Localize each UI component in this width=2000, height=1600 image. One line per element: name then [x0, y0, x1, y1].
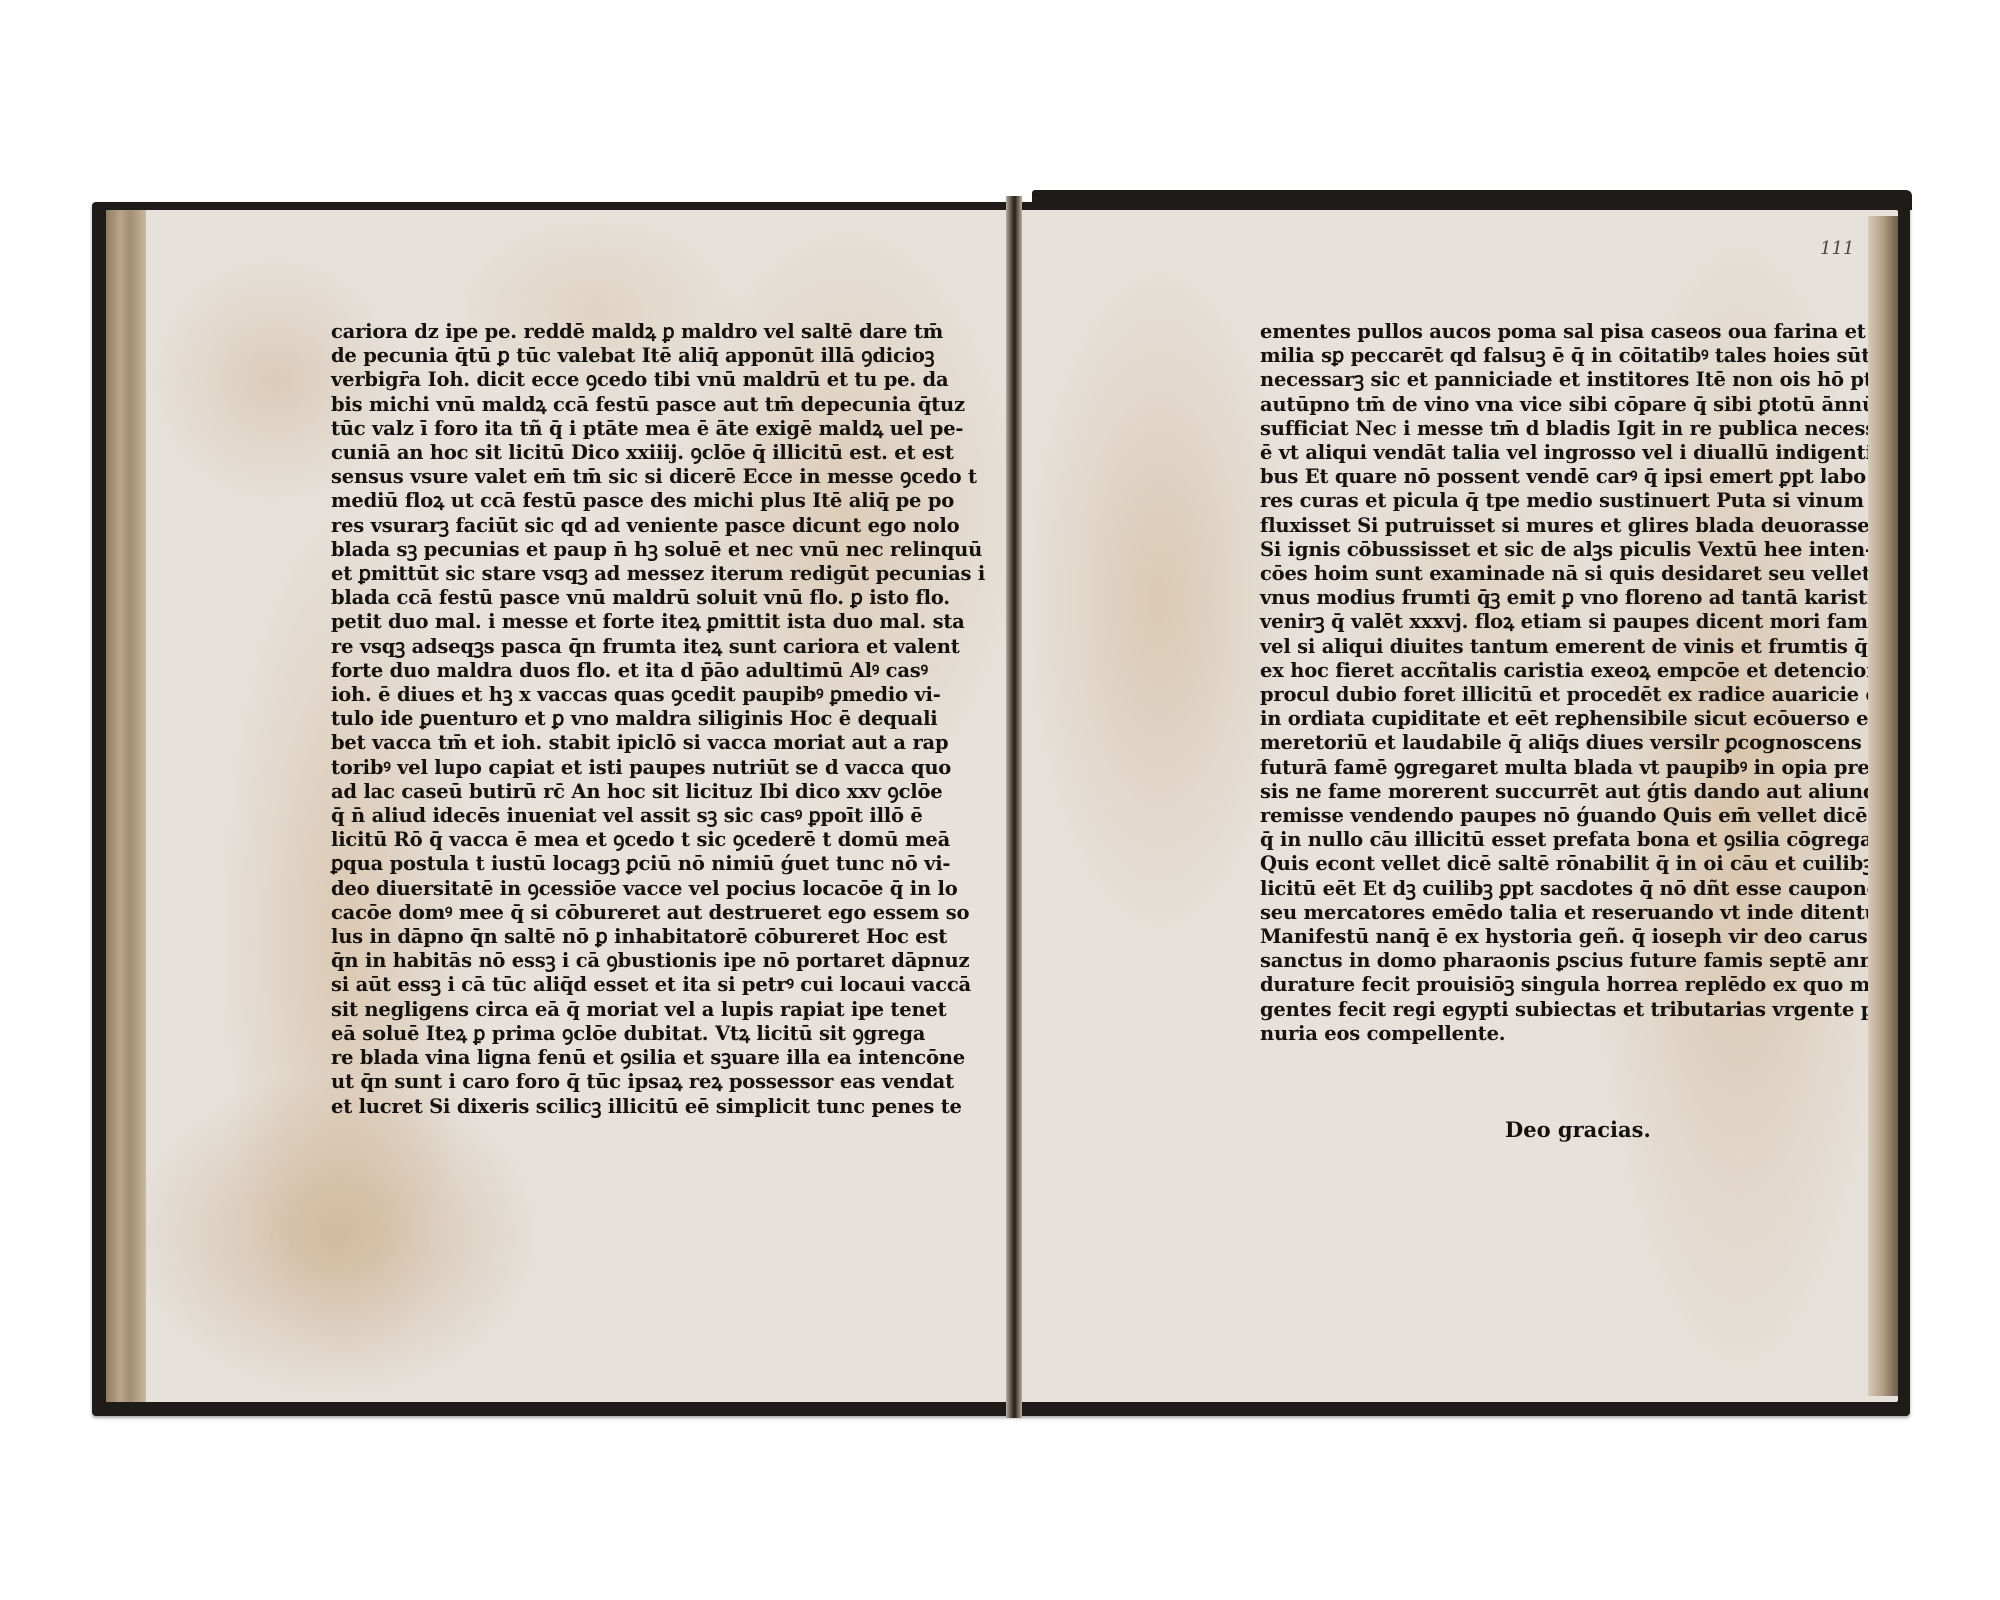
text-line: bis michi vnū maldꝝ ccā festū pasce aut …: [331, 393, 891, 417]
text-line: lus in dāpno q̄n saltē nō ꝑ inhabitatorē…: [331, 925, 891, 949]
text-line: blada ccā festū pasce vnū maldrū soluit …: [331, 586, 891, 610]
text-line: seu mercatores emēdo talia et reseruando…: [1260, 901, 1820, 925]
text-line: eā soluē Iteꝝ ꝑ prima ꝯclōe dubitat. Vtꝝ…: [331, 1022, 891, 1046]
right-page-text: ementes pullos aucos poma sal pisa caseo…: [1260, 320, 1820, 1046]
text-line: venirꝫ q̄ valēt xxxvj. floꝝ etiam si pau…: [1260, 610, 1820, 634]
text-line: blada sꝫ pecunias et paup n̄ hꝫ soluē et…: [331, 538, 891, 562]
text-line: bus Et quare nō possent vendē carꝰ q̄ ip…: [1260, 465, 1820, 489]
text-line: deo diuersitatē in ꝯcessiōe vacce vel po…: [331, 877, 891, 901]
text-line: remisse vendendo paupes nō ǵuando Quis e…: [1260, 804, 1820, 828]
text-line: Quis econt vellet dicē saltē rōnabilit q…: [1260, 852, 1820, 876]
text-line: sit negligens circa eā q̄ moriat vel a l…: [331, 998, 891, 1022]
text-line: cariora dz ipe pe. reddē maldꝝ ꝑ maldro …: [331, 320, 891, 344]
text-line: q̄n in habitās nō essꝫ i cā ꝯbustionis i…: [331, 949, 891, 973]
binding-top-edge: [1032, 190, 1912, 210]
text-line: ementes pullos aucos poma sal pisa caseo…: [1260, 320, 1820, 344]
text-line: durature fecit prouisiōꝫ singula horrea …: [1260, 973, 1820, 997]
colophon: Deo gracias.: [1505, 1117, 1651, 1142]
text-line: fluxisset Si putruisset si mures et glir…: [1260, 514, 1820, 538]
text-line: ut q̄n sunt i caro foro q̄ tūc ipsaꝝ reꝝ…: [331, 1070, 891, 1094]
text-line: q̄ n̄ aliud idecēs inueniat vel assit sꝫ…: [331, 804, 891, 828]
text-line: in ordiata cupiditate et eēt reꝑhensibil…: [1260, 707, 1820, 731]
text-line: ex hoc fieret accñtalis caristia exeoꝝ e…: [1260, 659, 1820, 683]
open-book: cariora dz ipe pe. reddē maldꝝ ꝑ maldro …: [92, 196, 1912, 1418]
text-line: Si ignis cōbussisset et sic de alꝫs picu…: [1260, 538, 1820, 562]
text-line: nuria eos compellente.: [1260, 1022, 1820, 1046]
text-line: licitū Rō q̄ vacca ē mea et ꝯcedo t sic …: [331, 828, 891, 852]
text-line: vel si aliqui diuites tantum emerent de …: [1260, 635, 1820, 659]
text-line: vnus modius frumti q̄ꝫ emit ꝑ vno floren…: [1260, 586, 1820, 610]
text-line: forte duo maldra duos flo. et ita d p̄āo…: [331, 659, 891, 683]
text-line: sanctus in domo pharaonis ꝑscius future …: [1260, 949, 1820, 973]
text-line: cacōe domꝰ mee q̄ si cōbureret aut destr…: [331, 901, 891, 925]
text-line: milia sꝑ peccarēt qd falsuꝫ ē q̄ in cōit…: [1260, 344, 1820, 368]
text-line: cuniā an hoc sit licitū Dico xxiiij. ꝯcl…: [331, 441, 891, 465]
text-line: ioh. ē diues et hꝫ x vaccas quas ꝯcedit …: [331, 683, 891, 707]
text-line: gentes fecit regi egypti subiectas et tr…: [1260, 998, 1820, 1022]
text-line: q̄ in nullo cāu illicitū esset prefata b…: [1260, 828, 1820, 852]
text-line: res curas et picula q̄ tpe medio sustinu…: [1260, 489, 1820, 513]
right-page: 111 ementes pullos aucos poma sal pisa c…: [1020, 210, 1898, 1402]
text-line: mediū floꝝ ut ccā festū pasce des michi …: [331, 489, 891, 513]
text-line: procul dubio foret illicitū et procedēt …: [1260, 683, 1820, 707]
water-stain: [126, 1070, 546, 1400]
text-line: licitū eēt Et dꝫ cuilibꝫ ꝑpt sacdotes q̄…: [1260, 877, 1820, 901]
text-line: petit duo mal. i messe et forte iteꝝ ꝑmi…: [331, 610, 891, 634]
text-line: tūc valz ī foro ita tñ q̄ i ptāte mea ē …: [331, 417, 891, 441]
text-line: ad lac caseū butirū rc̄ An hoc sit licit…: [331, 780, 891, 804]
text-line: autūpno tm̄ de vino vna vice sibi cōpare…: [1260, 393, 1820, 417]
text-line: toribꝰ vel lupo capiat et isti paupes nu…: [331, 756, 891, 780]
text-line: tulo ide ꝑuenturo et ꝑ vno maldra siligi…: [331, 707, 891, 731]
text-line: ꝑqua postula t iustū locagꝫ ꝑciū nō nimi…: [331, 852, 891, 876]
text-line: ē vt aliqui vendāt talia vel ingrosso ve…: [1260, 441, 1820, 465]
right-page-edges: [1868, 216, 1898, 1396]
text-line: bet vacca tm̄ et ioh. stabit ipiclō si v…: [331, 731, 891, 755]
text-line: cōes hoim sunt examinade nā si quis desi…: [1260, 562, 1820, 586]
folio-number: 111: [1820, 238, 1854, 259]
text-line: verbigr̄a Ioh. dicit ecce ꝯcedo tibi vnū…: [331, 368, 891, 392]
left-page-text: cariora dz ipe pe. reddē maldꝝ ꝑ maldro …: [331, 320, 891, 1119]
text-line: meretoriū et laudabile q̄ aliq̄s diues v…: [1260, 731, 1820, 755]
text-line: Manifestū nanq̄ ē ex hystoria geñ. q̄ io…: [1260, 925, 1820, 949]
text-line: res vsurarꝫ faciūt sic qd ad veniente pa…: [331, 514, 891, 538]
text-line: re blada vina ligna fenū et ꝯsilia et sꝫ…: [331, 1046, 891, 1070]
text-line: de pecunia q̄tū ꝑ tūc valebat Itē aliq̄ …: [331, 344, 891, 368]
text-line: et ꝑmittūt sic stare vsqꝫ ad messez iter…: [331, 562, 891, 586]
text-line: futurā famē ꝯgregaret multa blada vt pau…: [1260, 756, 1820, 780]
text-line: re vsqꝫ adseqꝫs pasca q̄n frumta iteꝝ su…: [331, 635, 891, 659]
text-line: et lucret Si dixeris scilicꝫ illicitū eē…: [331, 1095, 891, 1119]
text-line: sis ne fame morerent succurrēt aut ǵtis …: [1260, 780, 1820, 804]
text-line: si aūt essꝫ i cā tūc aliq̄d esset et ita…: [331, 973, 891, 997]
text-line: necessarꝫ sic et panniciade et institore…: [1260, 368, 1820, 392]
water-stain: [1020, 250, 1300, 950]
text-line: sensus vsure valet em̄ tm̄ sic si dicerē…: [331, 465, 891, 489]
left-page: cariora dz ipe pe. reddē maldꝝ ꝑ maldro …: [106, 210, 1008, 1402]
text-line: sufficiat Nec i messe tm̄ d bladis Igit …: [1260, 417, 1820, 441]
left-page-edges: [106, 210, 146, 1402]
book-gutter: [1006, 196, 1022, 1418]
